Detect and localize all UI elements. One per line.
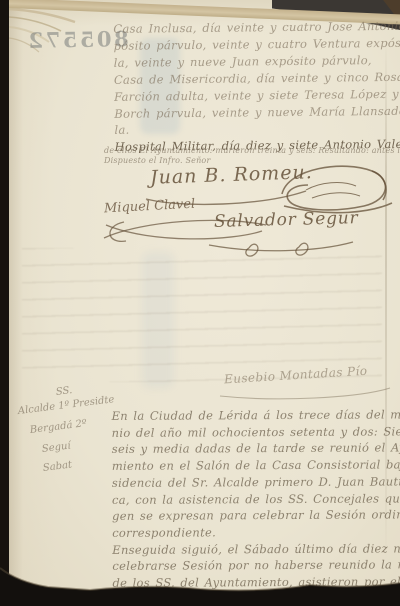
manuscript-line: miento en el Salón de la Casa Consistori… <box>112 456 400 475</box>
signature-center: Salvador Segur <box>214 208 359 232</box>
manuscript-line: Enseguida siguió, el Sábado último día d… <box>112 540 400 559</box>
manuscript-line: En la Ciudad de Lérida á los trece días … <box>112 406 400 425</box>
manuscript-line: nio del año mil ochocientos setenta y do… <box>112 423 400 442</box>
manuscript-line: seis y media dadas de la tarde se reunió… <box>112 439 400 458</box>
manuscript-line: sidencia del Sr. Alcalde primero D. Juan… <box>112 473 400 492</box>
margin-attendee-list: SS. Alcalde 1º Presidte Bergadá 2º Seguí… <box>16 383 115 478</box>
annotation-underline <box>216 386 394 402</box>
paper-crease <box>385 40 387 560</box>
manuscript-line: correspondiente. <box>112 523 400 542</box>
verso-bleed-through <box>22 248 382 382</box>
manuscript-scan: 805572 Casa Inclusa, día veinte y cuatro… <box>0 0 400 606</box>
torn-bottom-edge <box>0 560 400 606</box>
manuscript-line: Borch párvula, veinte y nueve María Llan… <box>114 102 400 123</box>
binding-edge <box>0 0 9 606</box>
signature-center-flourish <box>205 236 357 258</box>
manuscript-line: ca, con la asistencia de los SS. Conceja… <box>112 490 400 509</box>
manuscript-line: gen se expresan para celebrar la Sesión … <box>112 506 400 525</box>
deaths-register-paragraph: Casa Inclusa, día veinte y cuatro Jose A… <box>113 17 400 156</box>
manuscript-line: de ellos El Ayuntamiento: murieron trein… <box>104 146 400 156</box>
